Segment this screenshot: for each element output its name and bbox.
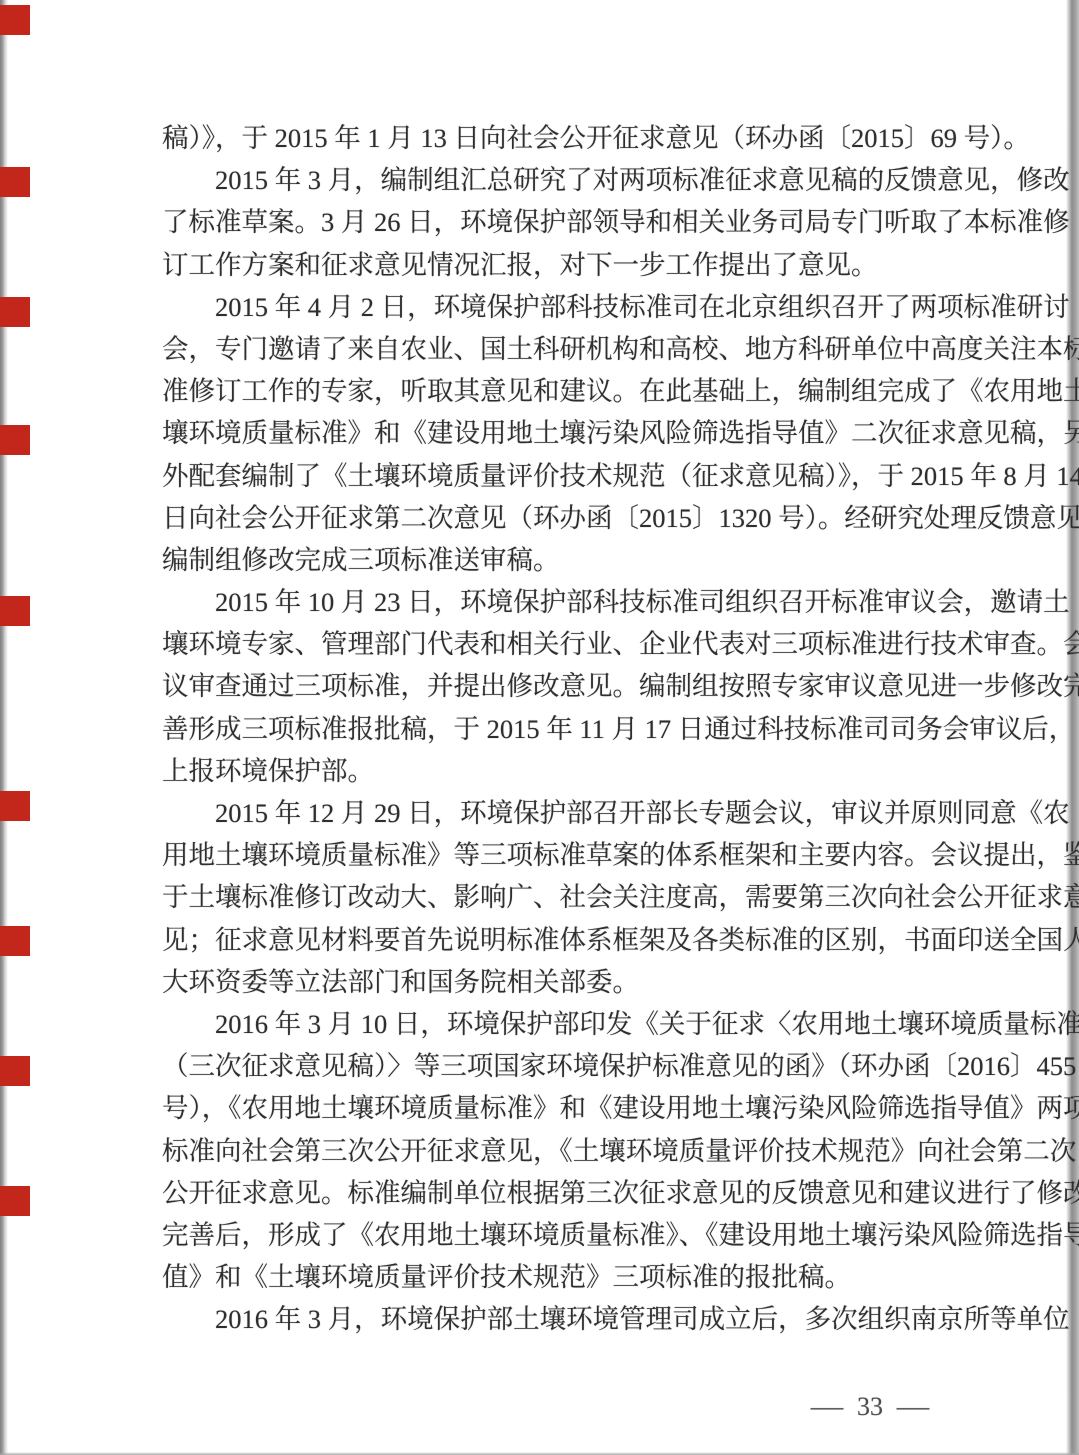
footer-left-dash: — — [811, 1392, 844, 1422]
text-line: （三次征求意见稿）〉等三项国家环境保护标准意见的函》（环办函〔2016〕455 — [162, 1045, 934, 1087]
text-line: 壤环境质量标准》和《建设用地土壤污染风险筛选指导值》二次征求意见稿，另 — [162, 412, 934, 454]
footer-right-dash: — — [897, 1392, 930, 1422]
paragraph: 稿）》，于 2015 年 1 月 13 日向社会公开征求意见（环办函〔2015〕… — [162, 117, 934, 159]
paragraph: 2015 年 3 月，编制组汇总研究了对两项标准征求意见稿的反馈意见，修改了标准… — [162, 159, 934, 286]
text-line: 上报环境保护部。 — [162, 750, 934, 792]
red-scan-mark — [0, 926, 30, 956]
paragraph: 2016 年 3 月 10 日，环境保护部印发《关于征求〈农用地土壤环境质量标准… — [162, 1003, 934, 1298]
text-line: 公开征求意见。标准编制单位根据第三次征求意见的反馈意见和建议进行了修改 — [162, 1172, 934, 1214]
red-scan-mark — [0, 167, 30, 197]
text-line: 会，专门邀请了来自农业、国土科研机构和高校、地方科研单位中高度关注本标 — [162, 328, 934, 370]
text-line: 议审查通过三项标准，并提出修改意见。编制组按照专家审议意见进一步修改完 — [162, 665, 934, 707]
text-line: 大环资委等立法部门和国务院相关部委。 — [162, 961, 934, 1003]
text-line: 准修订工作的专家，听取其意见和建议。在此基础上，编制组完成了《农用地土 — [162, 370, 934, 412]
text-line: 2015 年 10 月 23 日，环境保护部科技标准司组织召开标准审议会，邀请土 — [162, 581, 934, 623]
scanned-document-page: 稿）》，于 2015 年 1 月 13 日向社会公开征求意见（环办函〔2015〕… — [0, 0, 1079, 1455]
text-line: 完善后，形成了《农用地土壤环境质量标准》、《建设用地土壤污染风险筛选指导 — [162, 1214, 934, 1256]
red-scan-mark — [0, 1056, 30, 1086]
paragraph: 2015 年 4 月 2 日，环境保护部科技标准司在北京组织召开了两项标准研讨会… — [162, 286, 934, 581]
page-number: 33 — [857, 1392, 883, 1422]
red-scan-mark — [0, 5, 30, 35]
text-line: 号），《农用地土壤环境质量标准》和《建设用地土壤污染风险筛选指导值》两项 — [162, 1087, 934, 1129]
paragraph: 2015 年 10 月 23 日，环境保护部科技标准司组织召开标准审议会，邀请土… — [162, 581, 934, 792]
text-line: 日向社会公开征求第二次意见（环办函〔2015〕1320 号）。经研究处理反馈意见… — [162, 497, 934, 539]
red-scan-mark — [0, 791, 30, 821]
text-line: 善形成三项标准报批稿，于 2015 年 11 月 17 日通过科技标准司司务会审… — [162, 708, 934, 750]
text-line: 值》和《土壤环境质量评价技术规范》三项标准的报批稿。 — [162, 1256, 934, 1298]
text-line: 编制组修改完成三项标准送审稿。 — [162, 539, 934, 581]
page-footer: — 33 — — [800, 1392, 940, 1422]
scan-left-edge-shadow — [0, 0, 8, 1455]
text-line: 2015 年 4 月 2 日，环境保护部科技标准司在北京组织召开了两项标准研讨 — [162, 286, 934, 328]
text-line: 订工作方案和征求意见情况汇报，对下一步工作提出了意见。 — [162, 244, 934, 286]
text-line: 2016 年 3 月，环境保护部土壤环境管理司成立后，多次组织南京所等单位 — [162, 1298, 934, 1340]
text-line: 2015 年 3 月，编制组汇总研究了对两项标准征求意见稿的反馈意见，修改 — [162, 159, 934, 201]
text-line: 壤环境专家、管理部门代表和相关行业、企业代表对三项标准进行技术审查。会 — [162, 623, 934, 665]
paragraph: 2015 年 12 月 29 日，环境保护部召开部长专题会议，审议并原则同意《农… — [162, 792, 934, 1003]
text-line: 外配套编制了《土壤环境质量评价技术规范（征求意见稿）》，于 2015 年 8 月… — [162, 455, 934, 497]
text-line: 了标准草案。3 月 26 日，环境保护部领导和相关业务司局专门听取了本标准修 — [162, 201, 934, 243]
text-line: 于土壤标准修订改动大、影响广、社会关注度高，需要第三次向社会公开征求意 — [162, 876, 934, 918]
red-scan-mark — [0, 425, 30, 455]
text-line: 标准向社会第三次公开征求意见，《土壤环境质量评价技术规范》向社会第二次 — [162, 1130, 934, 1172]
red-scan-mark — [0, 297, 30, 327]
text-line: 2015 年 12 月 29 日，环境保护部召开部长专题会议，审议并原则同意《农 — [162, 792, 934, 834]
red-scan-mark — [0, 596, 30, 626]
document-body-text: 稿）》，于 2015 年 1 月 13 日向社会公开征求意见（环办函〔2015〕… — [162, 117, 934, 1340]
text-line: 见；征求意见材料要首先说明标准体系框架及各类标准的区别，书面印送全国人 — [162, 919, 934, 961]
paragraph: 2016 年 3 月，环境保护部土壤环境管理司成立后，多次组织南京所等单位 — [162, 1298, 934, 1340]
red-scan-mark — [0, 1186, 30, 1216]
text-line: 稿）》，于 2015 年 1 月 13 日向社会公开征求意见（环办函〔2015〕… — [162, 117, 934, 159]
text-line: 2016 年 3 月 10 日，环境保护部印发《关于征求〈农用地土壤环境质量标准 — [162, 1003, 934, 1045]
text-line: 用地土壤环境质量标准》等三项标准草案的体系框架和主要内容。会议提出，鉴 — [162, 834, 934, 876]
